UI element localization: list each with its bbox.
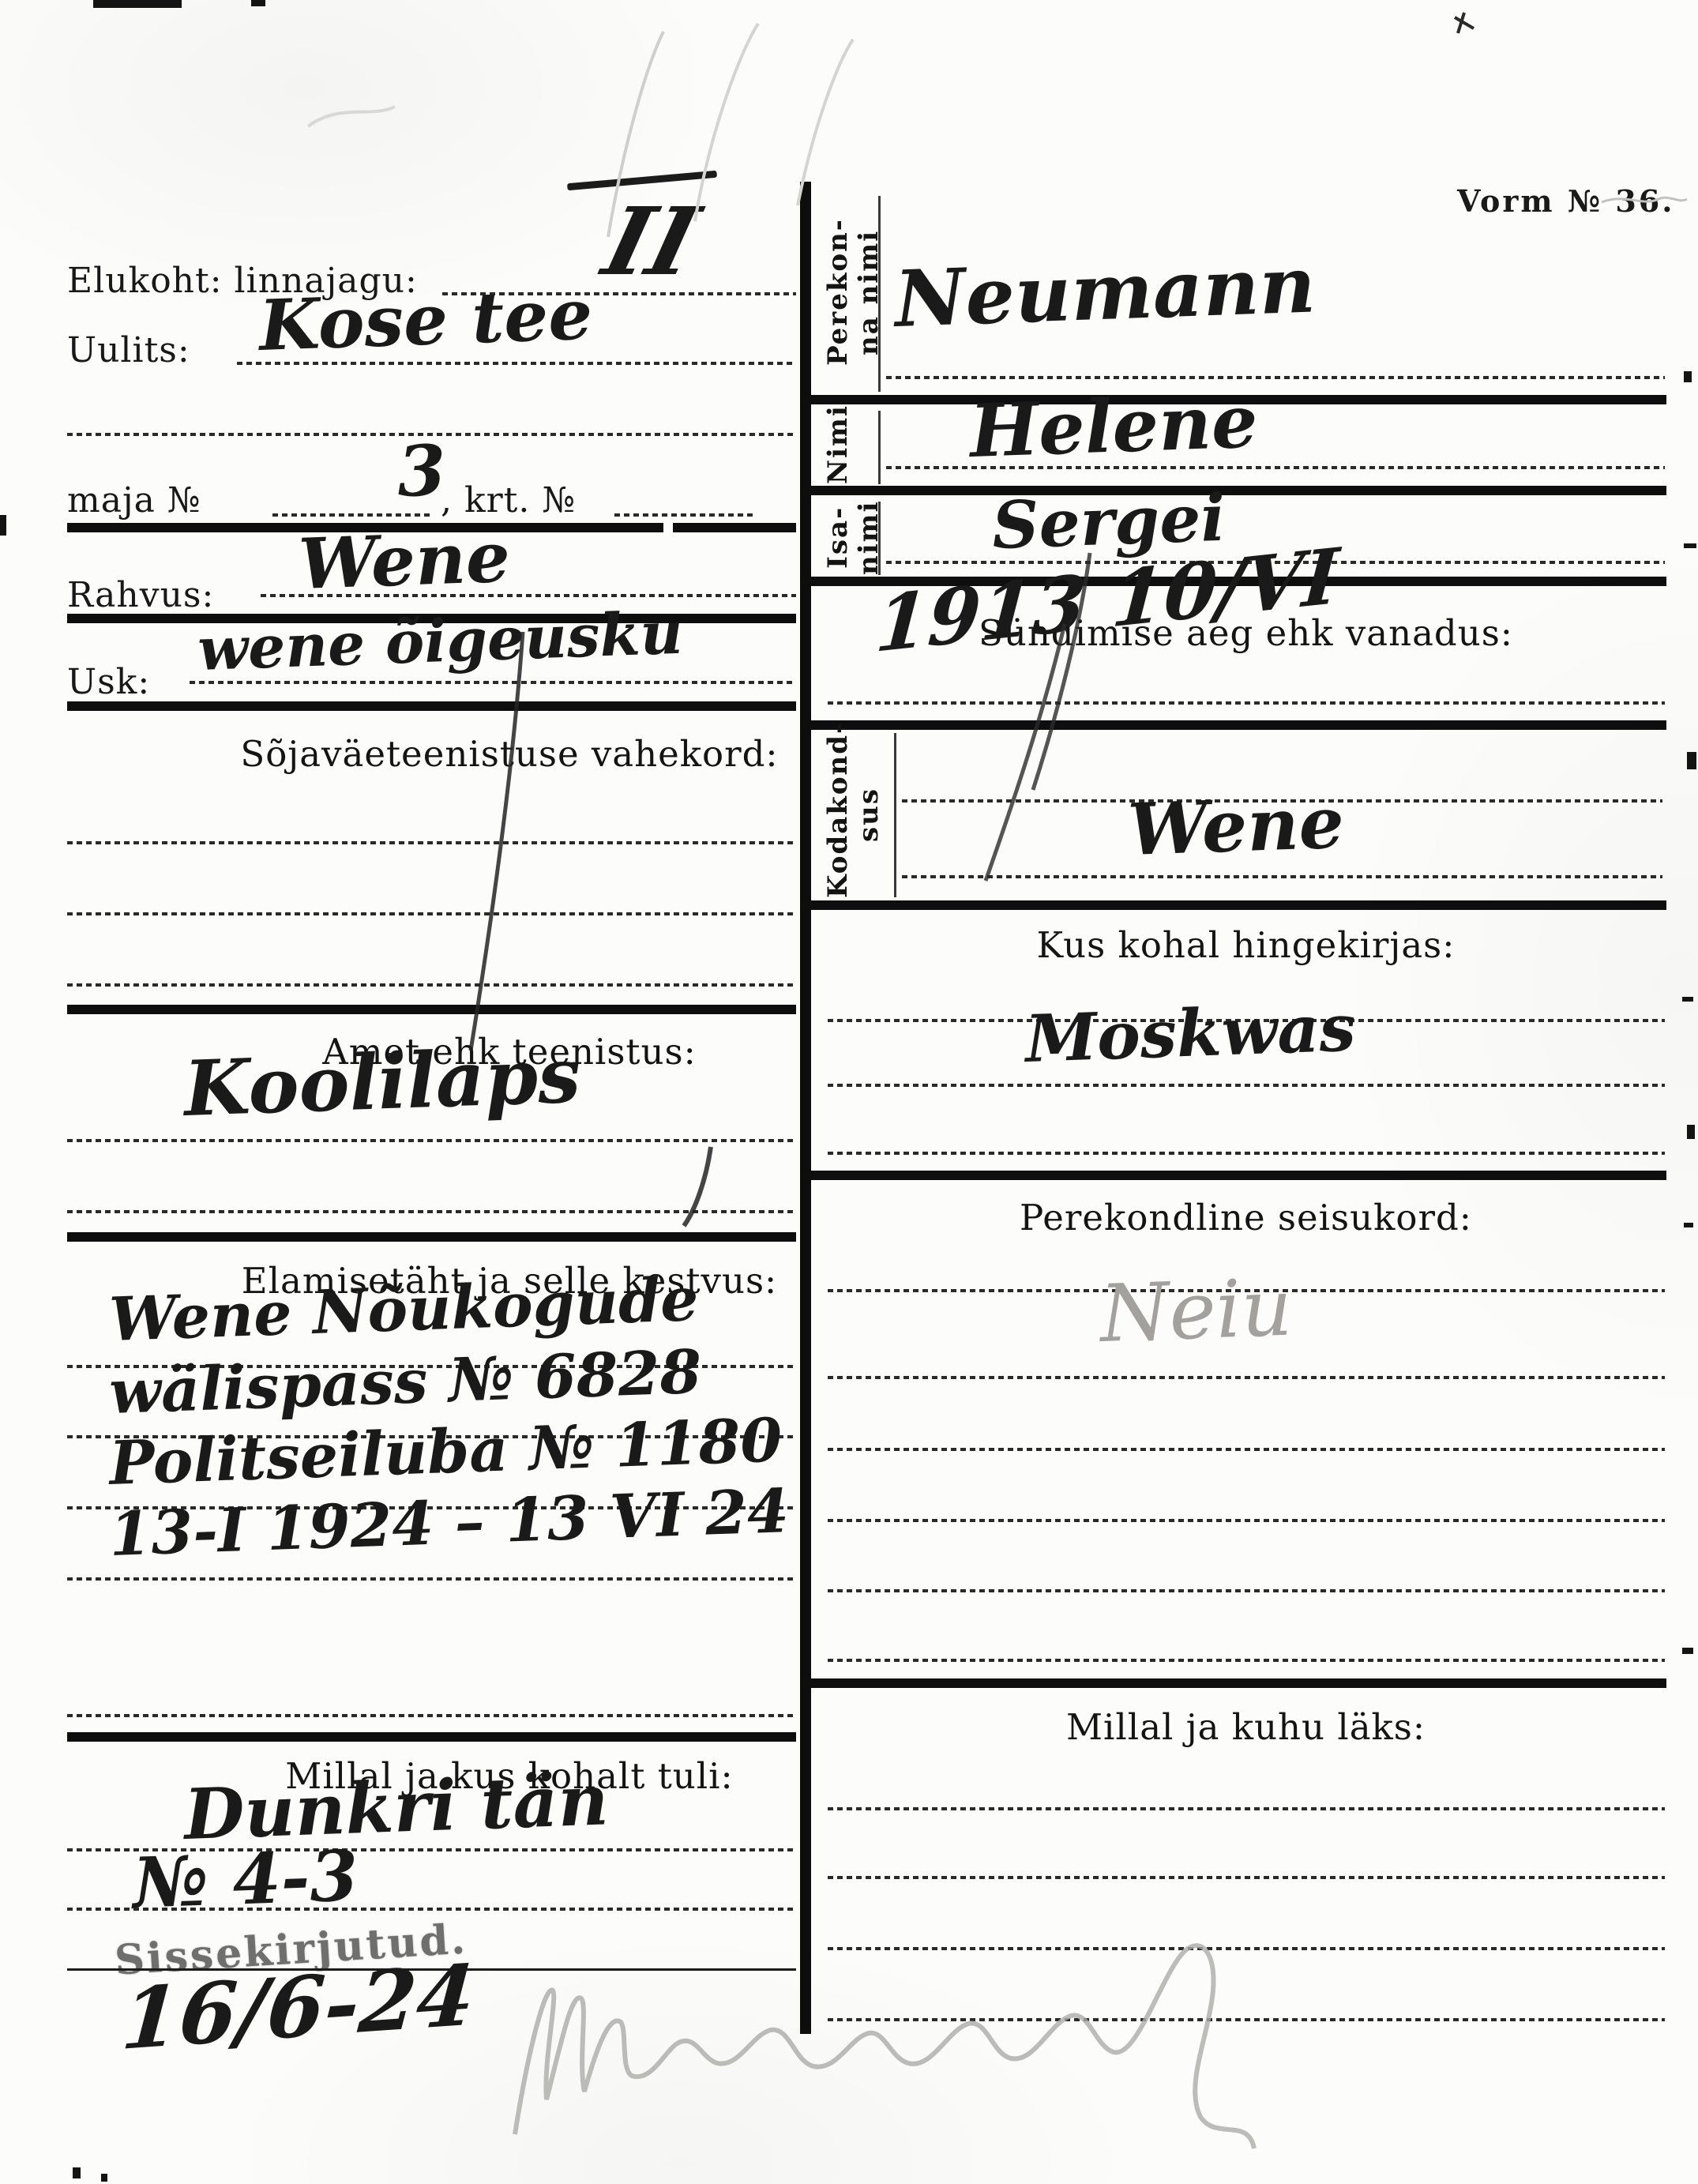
scan-artifact	[251, 0, 265, 6]
dotted-line	[828, 1376, 1665, 1379]
scan-artifact	[1687, 1125, 1695, 1139]
handwriting-usk-value: wene õigeusku	[197, 600, 684, 684]
thin-vline	[894, 733, 896, 897]
scan-artifact	[1687, 752, 1696, 769]
pencil-signature	[515, 1945, 1254, 2148]
thin-vline	[878, 196, 881, 392]
dotted-line	[261, 594, 796, 597]
dotted-line	[902, 875, 1662, 878]
dotted-line	[67, 1577, 796, 1581]
dotted-line	[67, 841, 796, 844]
field-uulits-label: Uulits:	[67, 330, 190, 370]
dotted-line	[67, 1210, 796, 1213]
handwriting-hingekirjas-value: Moskwas	[1024, 990, 1357, 1077]
dotted-line	[828, 1152, 1665, 1155]
dotted-line	[614, 513, 755, 517]
ink-tail-sundimise	[986, 624, 1065, 881]
rule	[802, 1171, 1666, 1180]
scan-artifact	[1684, 543, 1696, 548]
section-hingekirjas-header: Kus kohal hingekirjas:	[825, 924, 1666, 966]
dotted-line	[67, 1714, 796, 1717]
dotted-line	[828, 1947, 1665, 1950]
rule	[67, 1232, 796, 1242]
handwriting-rahvus-value: Wene	[297, 516, 511, 605]
ink-mark	[1455, 13, 1474, 33]
scanned-registration-form: Vorm № 36. Elukoht: linnajagu: II Uulits…	[0, 0, 1698, 2184]
field-usk-label: Usk:	[67, 662, 150, 702]
handwriting-uulits-value: Kose tee	[257, 273, 593, 367]
handwriting-amet-value: Koolilaps	[182, 1031, 582, 1133]
scan-artifact	[1684, 1223, 1693, 1227]
side-label-nimi: Nimi	[823, 409, 877, 484]
dotted-line	[886, 466, 1665, 469]
scan-artifact	[73, 2167, 81, 2178]
section-laks-header: Millal ja kuhu läks:	[825, 1706, 1666, 1748]
scan-artifact	[101, 2174, 107, 2182]
pencil-scribble	[308, 107, 395, 126]
dotted-line	[67, 983, 796, 987]
dotted-line	[828, 1589, 1665, 1592]
rule	[673, 523, 796, 532]
rule	[67, 1732, 796, 1742]
dotted-line	[828, 701, 1665, 705]
section-perekondline-header: Perekondline seisukord:	[825, 1197, 1666, 1239]
rule	[67, 701, 796, 711]
field-rahvus-label: Rahvus:	[67, 575, 214, 615]
thin-vline	[878, 411, 881, 484]
dotted-line	[67, 1908, 796, 1911]
dotted-line	[828, 1084, 1665, 1087]
dotted-line	[828, 1876, 1665, 1879]
dotted-line	[272, 513, 430, 517]
thin-vline	[878, 502, 881, 575]
form-number: Vorm № 36.	[1457, 183, 1674, 219]
scan-artifact	[1682, 1648, 1693, 1654]
dotted-line	[828, 1448, 1665, 1451]
column-divider	[800, 182, 811, 2034]
scan-artifact	[93, 0, 182, 8]
side-label-kodakondsus: Kodakond- sus	[823, 731, 888, 898]
scan-artifact	[0, 515, 6, 536]
scan-artifact	[1684, 371, 1692, 382]
ink-tail-amet	[684, 1147, 711, 1226]
dotted-line	[828, 1807, 1665, 1810]
dotted-line	[886, 376, 1665, 379]
dotted-line	[828, 1519, 1665, 1522]
side-label-perekonnanimi: Perekon- na nimi	[823, 194, 877, 391]
handwriting-perekondline-value: Neiu	[1099, 1261, 1294, 1360]
rule	[802, 1678, 1666, 1688]
field-krt-label: , krt. №	[441, 480, 576, 521]
rule	[67, 1005, 796, 1014]
rule	[802, 486, 1666, 495]
dotted-line	[67, 912, 796, 915]
section-sojavae-header: Sõjaväeteenistuse vahekord:	[182, 733, 837, 775]
field-maja-label: maja №	[67, 480, 201, 521]
dotted-line	[828, 1659, 1665, 1662]
dotted-line	[67, 1139, 796, 1142]
handwriting-kodakondsus-value: Wene	[1126, 781, 1345, 872]
scan-artifact	[1682, 997, 1693, 1002]
pencil-scribble	[798, 39, 853, 205]
handwriting-nimi-value: Helene	[968, 378, 1259, 474]
handwriting-maja-value: 3	[396, 429, 447, 513]
rule	[802, 720, 1666, 730]
rule	[802, 900, 1666, 910]
side-label-isanimi: Isa- nimi	[823, 500, 877, 575]
dotted-line	[190, 681, 796, 684]
handwriting-perekonnanimi-value: Neumann	[893, 239, 1317, 345]
handwriting-elukoht-value: II	[594, 186, 708, 296]
dotted-line	[828, 2018, 1665, 2021]
